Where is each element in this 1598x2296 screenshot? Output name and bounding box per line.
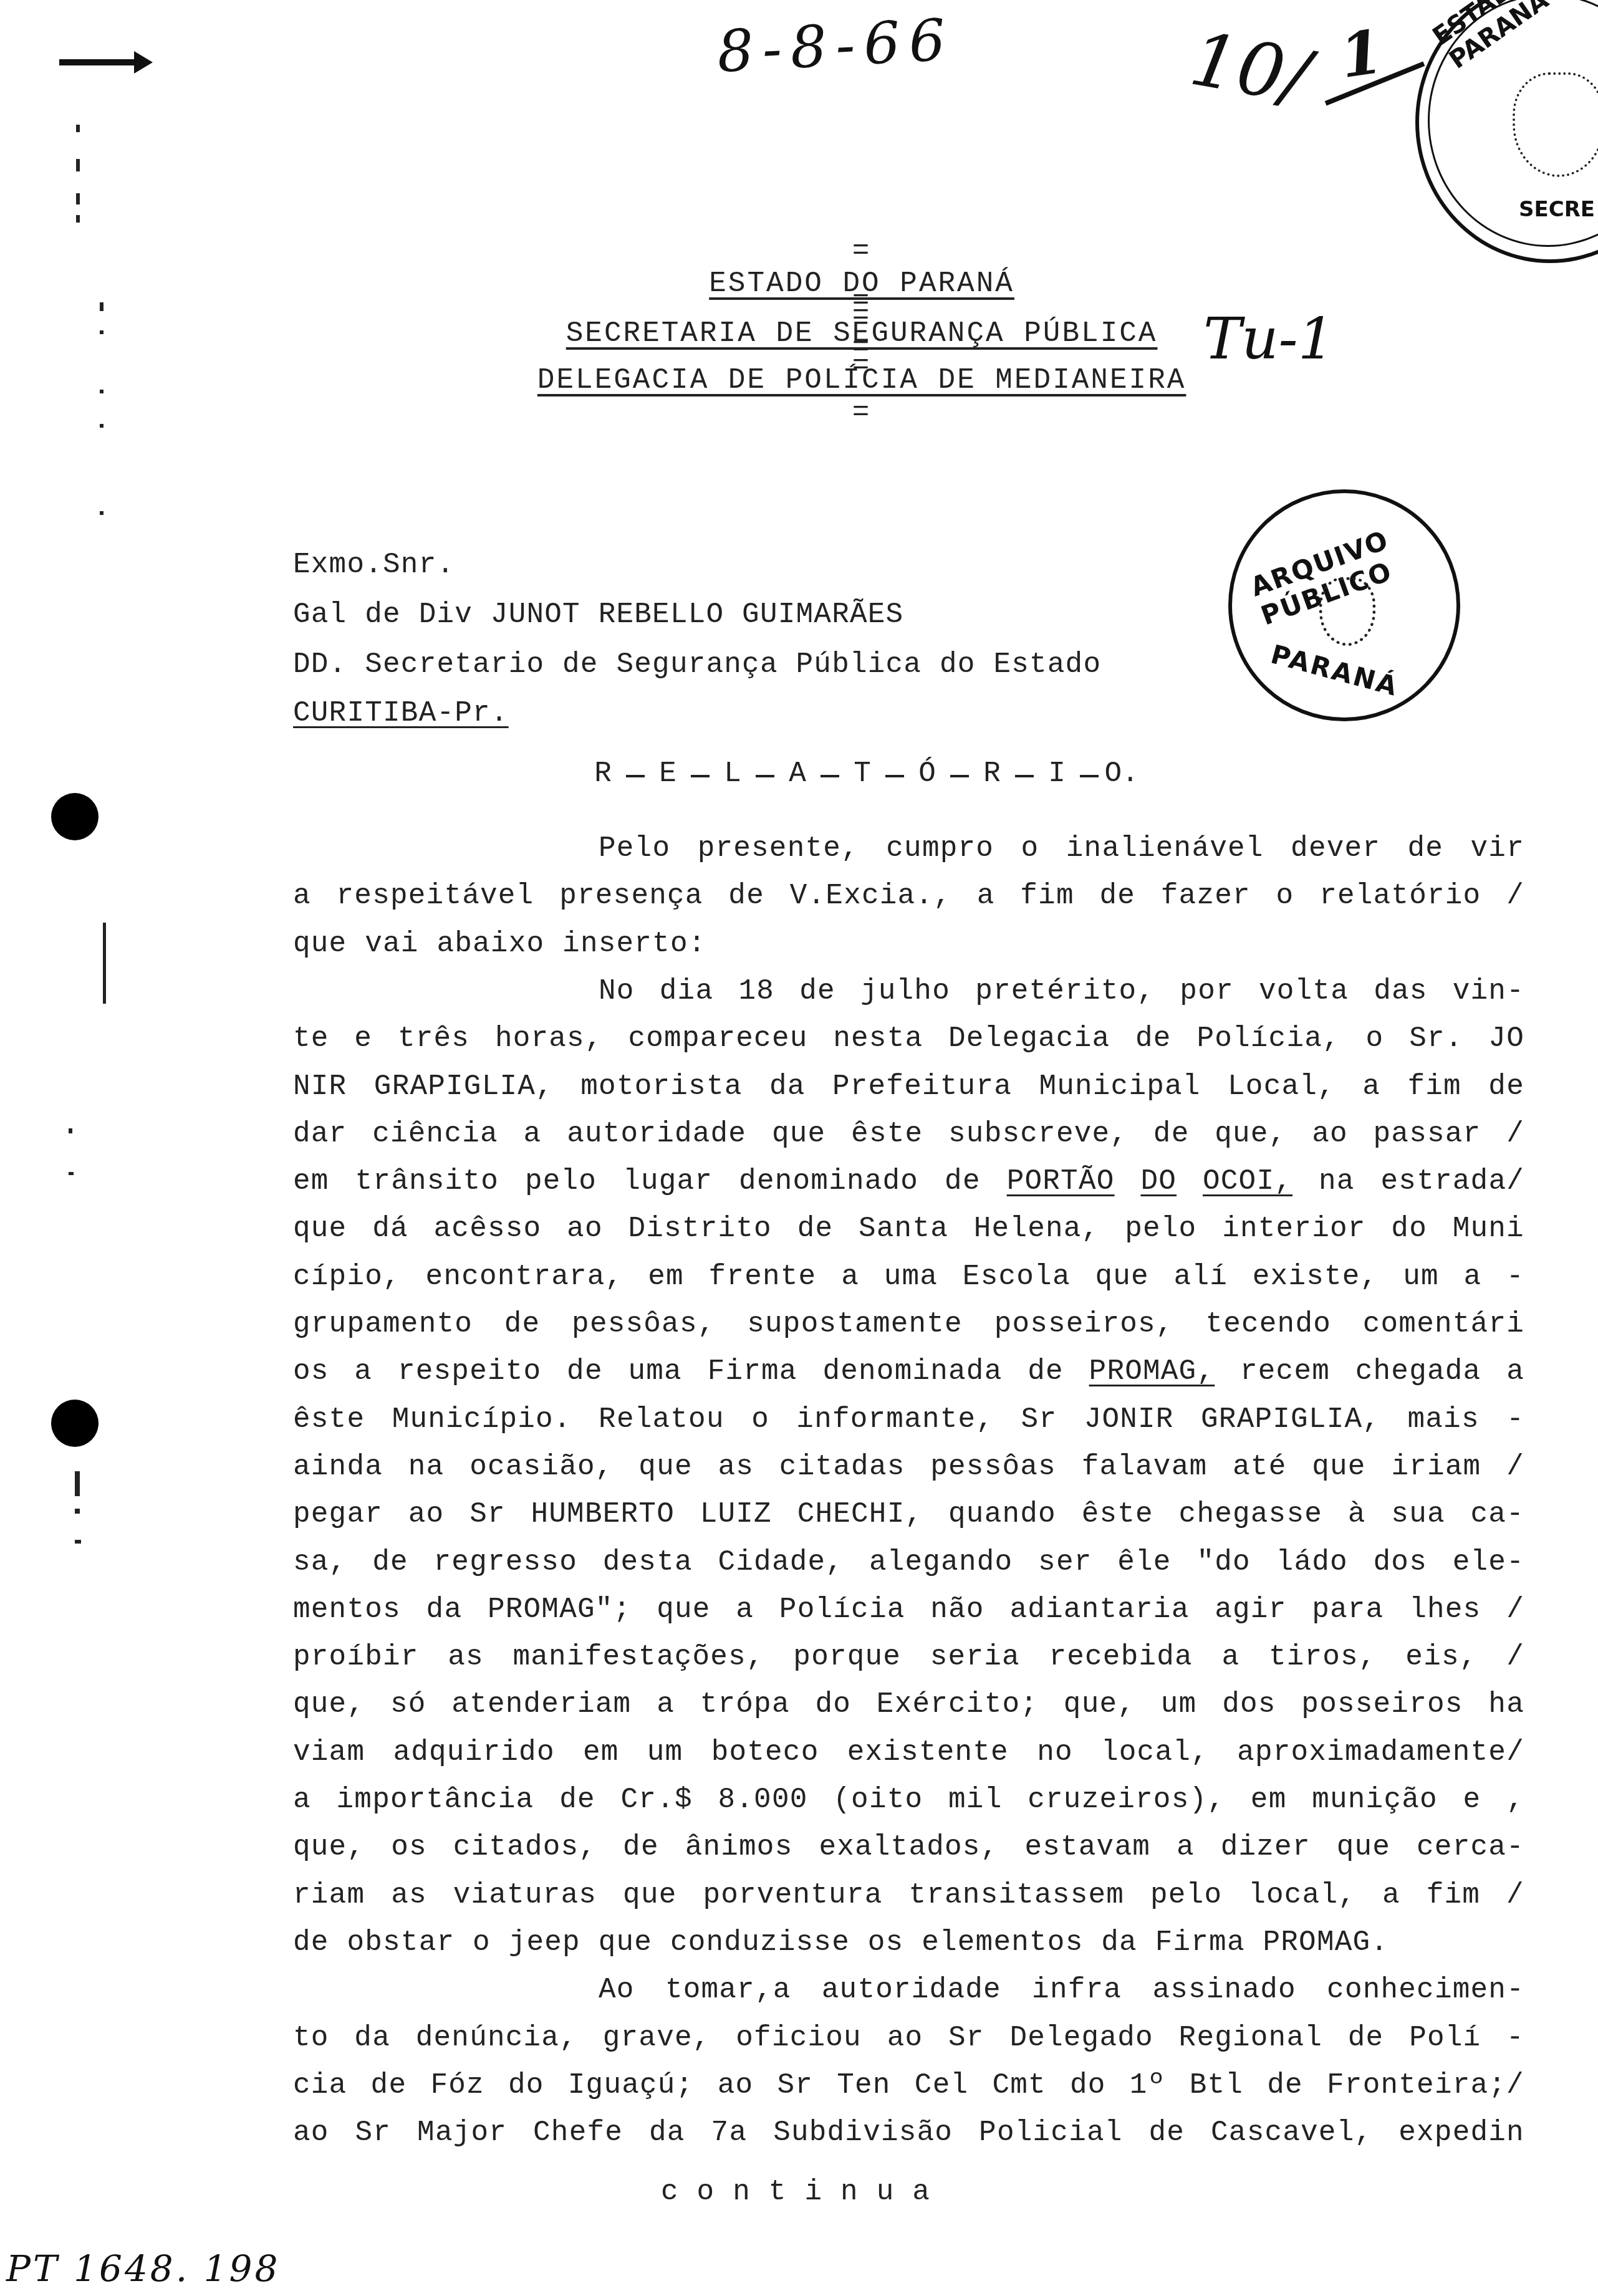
body-line: pegaraoSrHUMBERTOLUIZCHECHI,quandoêstech… — [293, 1498, 1524, 1530]
arrow-head — [134, 51, 153, 74]
body-line: Aotomar,aautoridadeinfraassinadoconhecim… — [599, 1974, 1524, 2006]
margin-mark — [100, 511, 103, 515]
body-line: quedáacêssoaoDistritodeSantaHelena,peloi… — [293, 1213, 1524, 1245]
body-line: aimportânciadeCr.$8.000(oitomilcruzeiros… — [293, 1784, 1524, 1816]
body-line: darciênciaaautoridadequeêstesubscreve,de… — [293, 1118, 1524, 1150]
body-line: Nodia18dejulhopretérito,porvoltadasvin- — [599, 975, 1524, 1007]
archive-seal-bottom-text: PARANÁ — [1268, 639, 1402, 703]
body-line: todadenúncia,grave,oficiouaoSrDelegadoRe… — [293, 2022, 1524, 2054]
body-line: êsteMunicípio.Relatouoinformante,SrJONIR… — [293, 1403, 1524, 1436]
address-salutation: Exmo.Snr. — [293, 549, 455, 581]
body-line: aoSrMajorChefeda7aSubdivisãoPolicialdeCa… — [293, 2116, 1524, 2149]
body-line: NIRGRAPIGLIA,motoristadaPrefeituraMunici… — [293, 1070, 1524, 1103]
body-line: viamadquiridoemumbotecoexistentenolocal,… — [293, 1736, 1524, 1769]
address-title: DD. Secretario de Segurança Pública do E… — [293, 648, 1101, 681]
continuation-marker: c o n t i n u a — [661, 2176, 930, 2208]
coat-of-arms-icon — [1319, 577, 1375, 646]
body-line: de obstar o jeep que conduzisse os eleme… — [293, 1926, 1524, 1959]
margin-mark — [103, 923, 106, 1004]
punch-hole — [51, 793, 99, 840]
body-line: arespeitávelpresençadeV.Excia.,afimdefaz… — [293, 880, 1524, 912]
body-line: que,sóatenderiamatrópadoExército;que,umd… — [293, 1688, 1524, 1721]
arrow-mark-icon — [59, 59, 140, 65]
margin-mark — [69, 1172, 74, 1175]
margin-mark — [75, 1509, 80, 1514]
body-line: ciadeFózdoIguaçú;aoSrTenCelCmtdo1ºBtldeF… — [293, 2069, 1524, 2101]
document-title: RELATÓRIO. — [580, 757, 1145, 790]
body-line: osarespeitodeumaFirmadenominadadePROMAG,… — [293, 1355, 1524, 1388]
handwritten-date: 8-8-66 — [715, 6, 955, 85]
coat-of-arms-icon — [1513, 72, 1598, 177]
body-line: emtrânsitopelolugardenominadodePORTÃODOO… — [293, 1165, 1524, 1198]
punch-hole — [51, 1400, 99, 1447]
body-line: mentosdaPROMAG";queaPolícianãoadiantaria… — [293, 1593, 1524, 1626]
handwritten-archive-ref: PT 1648. 198 — [6, 2247, 280, 2290]
body-line: cípio,encontrara,emfrenteaumaEscolaqueal… — [293, 1261, 1524, 1293]
margin-mark — [75, 1540, 81, 1544]
body-line: Pelopresente,cumprooinalienáveldeverdevi… — [599, 832, 1524, 865]
body-line: proíbirasmanifestações,porqueseriarecebi… — [293, 1641, 1524, 1673]
body-line: aindanaocasião,queascitadaspessôasfalava… — [293, 1451, 1524, 1483]
body-line: teetrêshoras,compareceunestaDelegaciadeP… — [293, 1022, 1524, 1055]
address-name: Gal de Div JUNOT REBELLO GUIMARÃES — [293, 598, 903, 631]
margin-mark — [76, 125, 80, 132]
body-line: grupamentodepessôas,supostamenteposseiro… — [293, 1308, 1524, 1340]
body-line: que vai abaixo inserto: — [293, 928, 1524, 960]
header-line-delegacia: = DELEGACIA DE POLÍCIA DE MEDIANEIRA = — [0, 299, 1598, 429]
body-line: sa,deregressodestaCidade,alegandoserêle"… — [293, 1546, 1524, 1578]
archive-seal-stamp: ARQUIVO PÚBLICO PARANÁ — [1228, 489, 1460, 721]
margin-mark — [69, 1128, 72, 1133]
body-line: riamasviaturasqueporventuratransitassemp… — [293, 1879, 1524, 1911]
margin-mark — [75, 1471, 80, 1496]
body-line: que,oscitados,deânimosexaltados,estavama… — [293, 1831, 1524, 1863]
header-delegacia-name: DELEGACIA DE POLÍCIA DE MEDIANEIRA — [537, 364, 1186, 396]
handwritten-folio: 10/ — [1184, 16, 1316, 121]
margin-mark — [76, 159, 80, 171]
address-city: CURITIBA-Pr. — [293, 697, 509, 729]
